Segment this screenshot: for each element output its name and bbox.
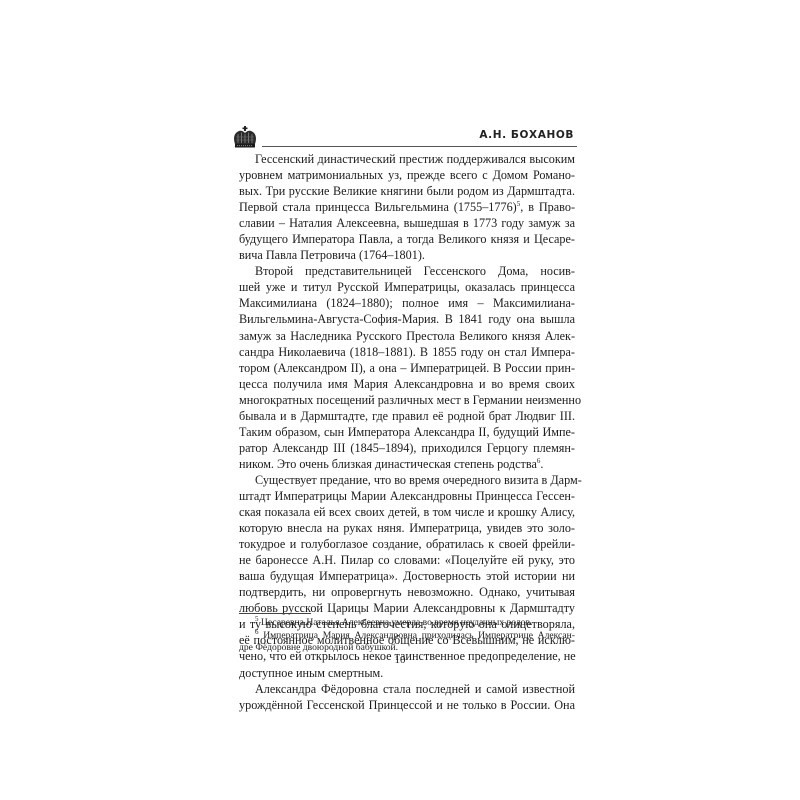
book-page: А.Н. БОХАНОВ Гессенский династический пр…: [0, 0, 800, 800]
footnote-line: дре Фёдоровне двоюродной бабушкой.: [239, 642, 575, 655]
text-line: доступное иным смертным.: [239, 665, 575, 681]
text-line: бывала и в Дармштадте, где правил её род…: [239, 408, 575, 424]
paragraph: Гессенский династический престиж поддерж…: [239, 151, 575, 263]
text-line: Первой стала принцесса Вильгельмина (175…: [239, 199, 575, 215]
text-line: многократных посещений различных мест в …: [239, 392, 575, 408]
running-header: А.Н. БОХАНОВ: [232, 126, 577, 152]
text-line: вых. Три русские Великие княгини были ро…: [239, 183, 575, 199]
text-line: ратор Александр III (1845–1894), приходи…: [239, 440, 575, 456]
footnote-line: 6 Императрица Мария Александровна приход…: [239, 630, 575, 643]
text-line: замуж за Наследника Русского Престола Ве…: [239, 328, 575, 344]
footnote-rule: [239, 613, 311, 614]
text-line: Таким образом, сын Императора Александра…: [239, 424, 575, 440]
text-line: сандра Николаевича (1818–1881). В 1855 г…: [239, 344, 575, 360]
text-line: Максимилиана (1824–1880); полное имя – М…: [239, 295, 575, 311]
text-line: ником. Это очень близкая династическая с…: [239, 456, 575, 472]
text-line: шей уже и титул Русской Императрицы, ока…: [239, 279, 575, 295]
text-line: урождённой Гессенской Принцессой и не то…: [239, 697, 575, 713]
text-line: вича Павла Петровича (1764–1801).: [239, 247, 575, 263]
text-line: тором (Александром II), а она – Императр…: [239, 360, 575, 376]
footnote-line: 5 Цесаревна Наталья Алексеевна умерла во…: [239, 617, 575, 630]
footnote-6: 6 Императрица Мария Александровна приход…: [239, 630, 575, 655]
paragraph: Второй представительницей Гессенского До…: [239, 263, 575, 472]
text-line: Вильгельмина-Августа-София-Мария. В 1841…: [239, 311, 575, 327]
page-number: 10: [0, 654, 800, 666]
footnote-5: 5 Цесаревна Наталья Алексеевна умерла во…: [239, 617, 575, 630]
footnote-marker: 6: [255, 627, 259, 635]
footnotes: 5 Цесаревна Наталья Алексеевна умерла во…: [239, 617, 575, 655]
text-line: штадт Императрицы Марии Александровны Пр…: [239, 488, 575, 504]
footnote-marker: 5: [255, 615, 259, 623]
text-line: подтвердить, ни опровергнуть невозможно.…: [239, 584, 575, 600]
paragraph: Александра Фёдоровна стала последней и с…: [239, 681, 575, 713]
text-line: цесса получила имя Мария Александровна и…: [239, 376, 575, 392]
text-line: Существует предание, что во время очеред…: [239, 472, 575, 488]
header-rule: [262, 146, 577, 147]
text-line: уровнем матримониальных уз, прежде всего…: [239, 167, 575, 183]
text-line: славии – Наталия Алексеевна, вышедшая в …: [239, 215, 575, 231]
text-line: ская показала ей всех своих детей, в том…: [239, 504, 575, 520]
text-line: Гессенский династический престиж поддерж…: [239, 151, 575, 167]
crown-icon: [232, 126, 258, 150]
text-line: ваша будущая Императрица». Достоверность…: [239, 568, 575, 584]
text-line: будущего Императора Павла, а тогда Велик…: [239, 231, 575, 247]
text-line: Александра Фёдоровна стала последней и с…: [239, 681, 575, 697]
text-line: токудрое и голубоглазое создание, обрати…: [239, 536, 575, 552]
text-line: не баронессе А.Н. Пилар со словами: «Поц…: [239, 552, 575, 568]
text-line: Второй представительницей Гессенского До…: [239, 263, 575, 279]
header-author: А.Н. БОХАНОВ: [479, 129, 574, 141]
text-line: которую внесла на руках няня. Императриц…: [239, 520, 575, 536]
